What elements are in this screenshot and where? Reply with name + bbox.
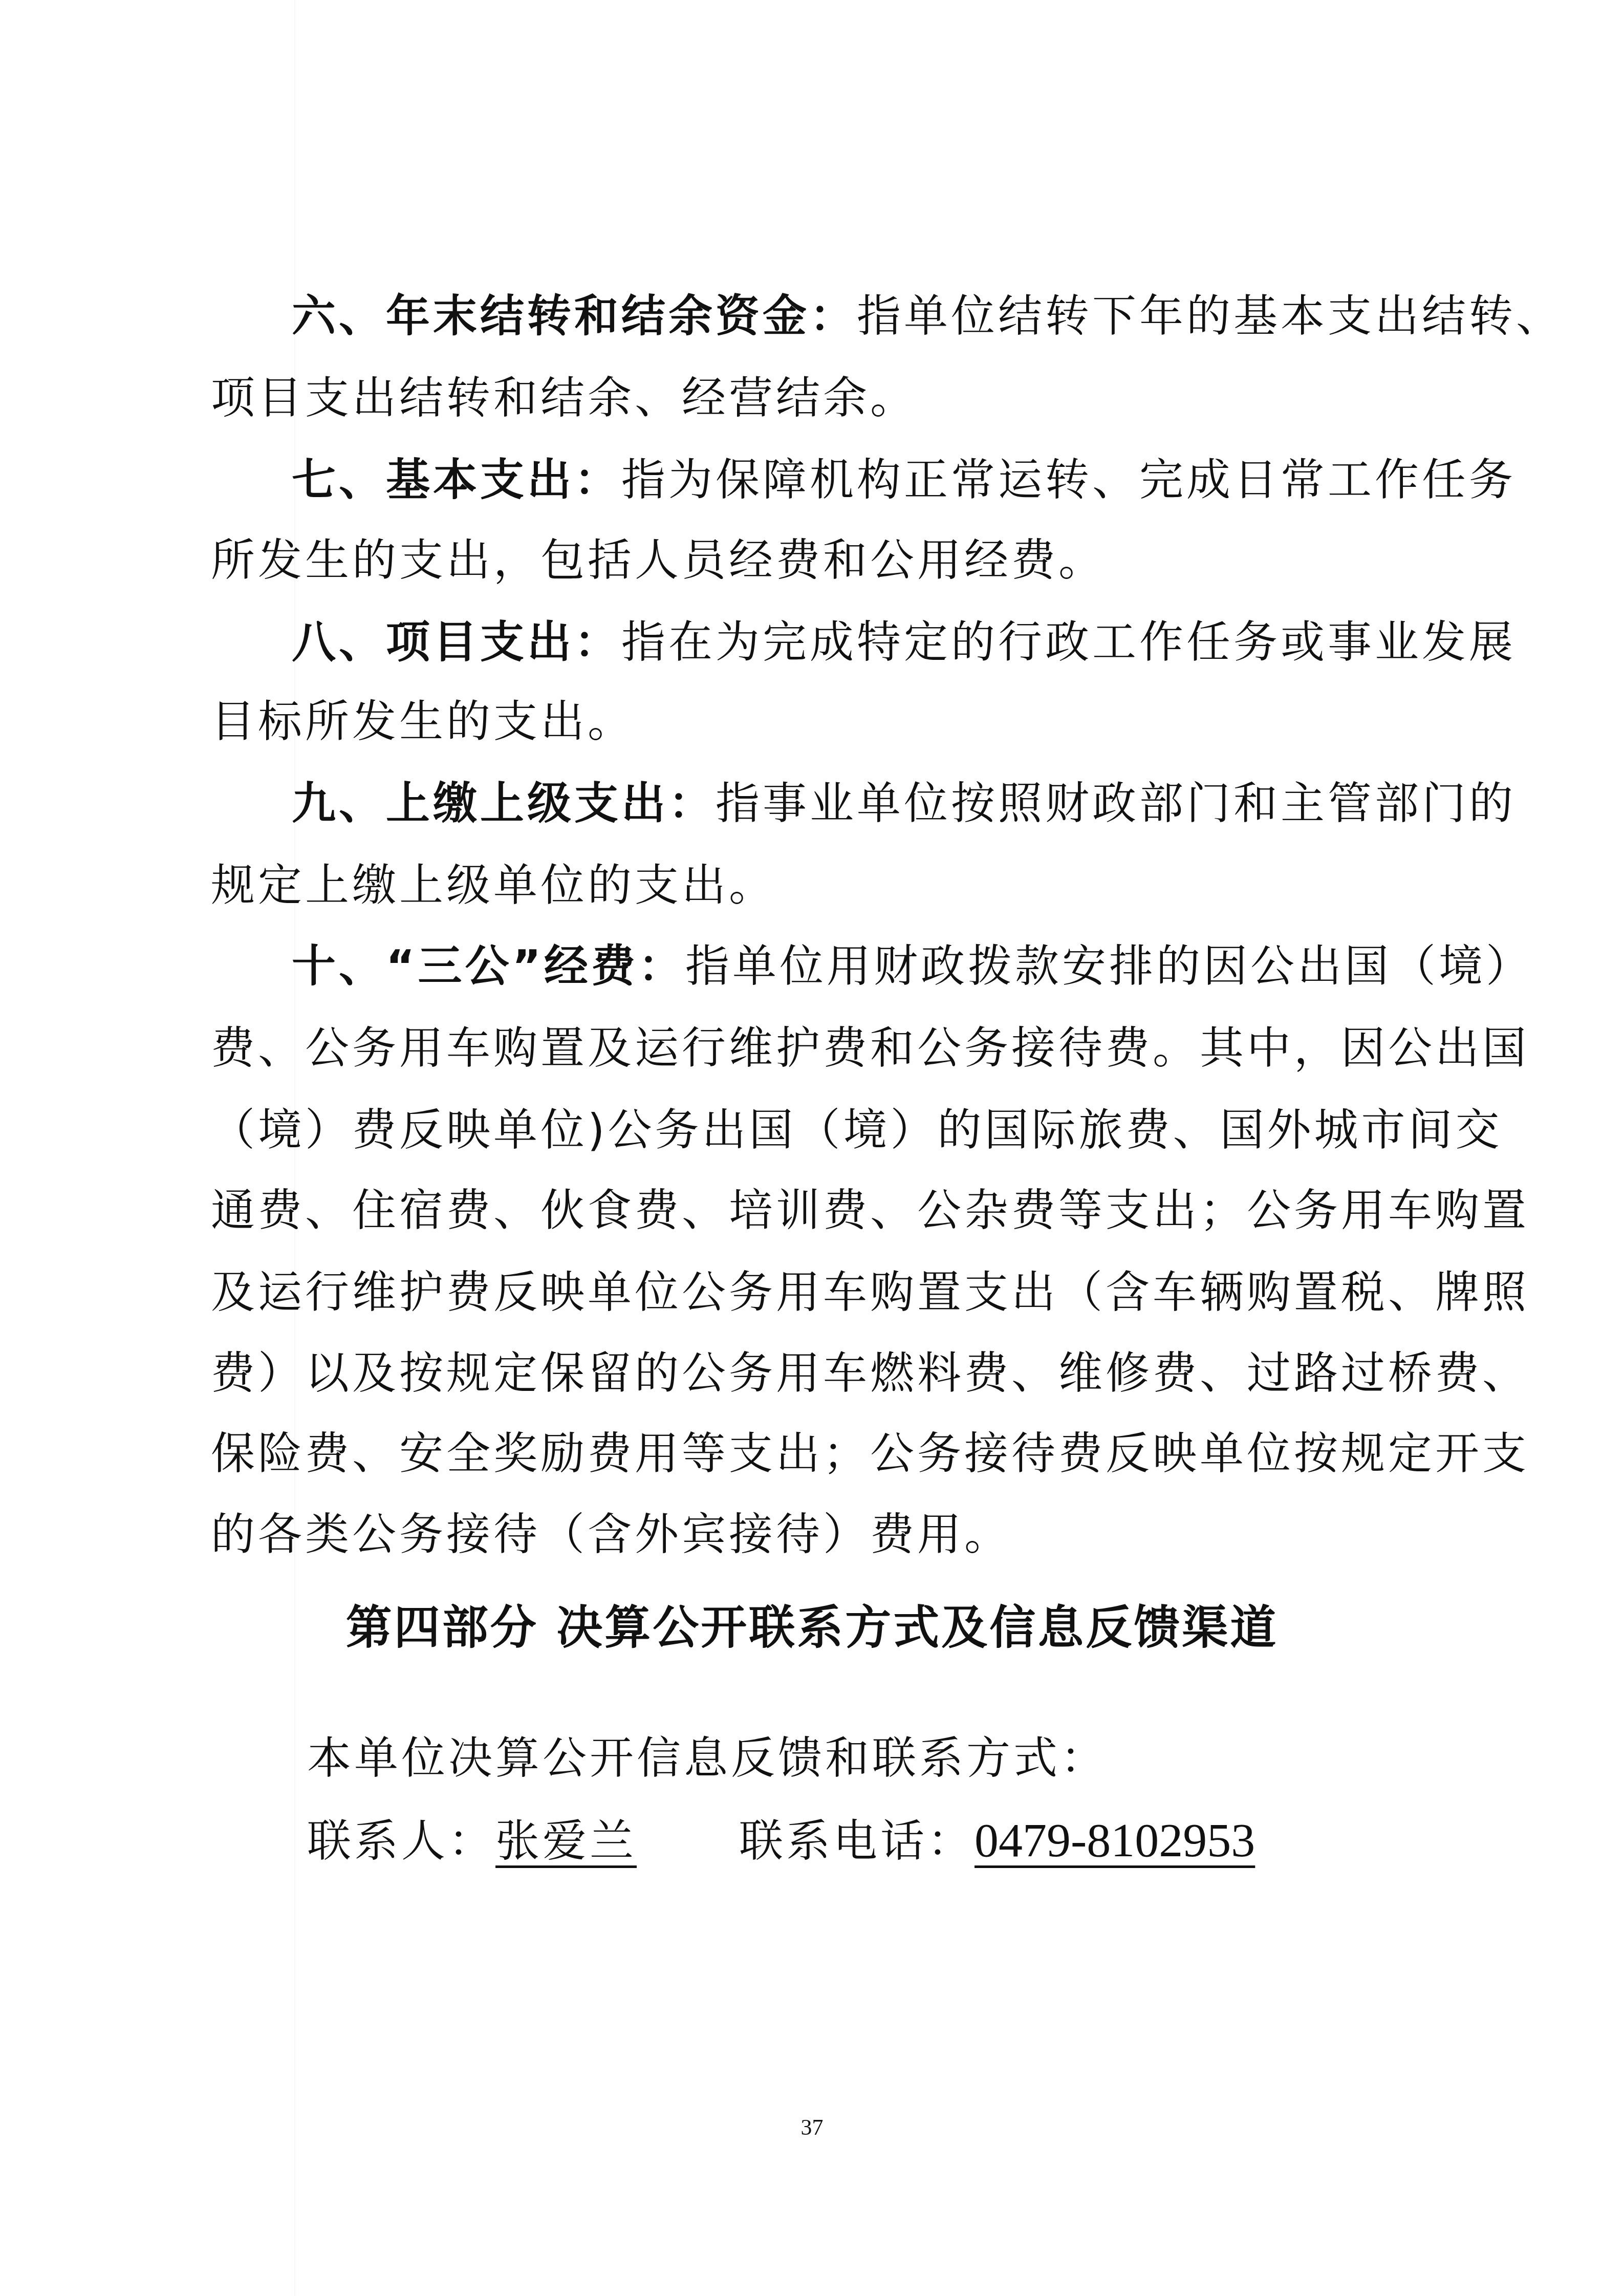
definition-6-line-2: 项目支出结转和结余、经营结余。 — [211, 373, 1434, 424]
definition-10-line-3: （境）费反映单位)公务出国（境）的国际旅费、国外城市间交 — [211, 1105, 1434, 1156]
contact-line: 联系人：张爱兰联系电话：0479-8102953 — [307, 1815, 1255, 1867]
definition-8-line-1: 八、项目支出：指在为完成特定的行政工作任务或事业发展 — [292, 617, 1433, 668]
document-page: 六、年末结转和结余资金：指单位结转下年的基本支出结转、 项目支出结转和结余、经营… — [0, 0, 1624, 2296]
definition-9-line-2: 规定上缴上级单位的支出。 — [211, 860, 1434, 911]
definition-text: 指在为完成特定的行政工作任务或事业发展 — [621, 617, 1516, 668]
contact-phone-label: 联系电话： — [739, 1816, 975, 1867]
definition-10-line-2: 费、公务用车购置及运行维护费和公务接待费。其中，因公出国 — [211, 1023, 1434, 1074]
definition-9-line-1: 九、上缴上级支出：指事业单位按照财政部门和主管部门的 — [292, 778, 1433, 829]
section-title: 第四部分 决算公开联系方式及信息反馈渠道 — [0, 1600, 1624, 1656]
definition-10-line-5: 及运行维护费反映单位公务用车购置支出（含车辆购置税、牌照 — [211, 1267, 1434, 1318]
definition-7-line-2: 所发生的支出，包括人员经费和公用经费。 — [211, 535, 1434, 586]
definition-term: 七、基本支出： — [292, 455, 621, 506]
definition-10-line-1: 十、“三公”经费：指单位用财政拨款安排的因公出国（境） — [292, 941, 1433, 992]
definition-text: 指单位用财政拨款安排的因公出国（境） — [685, 941, 1533, 992]
definition-term: 六、年末结转和结余资金： — [292, 291, 857, 342]
contact-intro: 本单位决算公开信息反馈和联系方式： — [307, 1733, 1108, 1784]
contact-person-label: 联系人： — [307, 1816, 495, 1867]
definition-text: 指事业单位按照财政部门和主管部门的 — [716, 778, 1516, 829]
definition-10-line-4: 通费、住宿费、伙食费、培训费、公杂费等支出；公务用车购置 — [211, 1185, 1434, 1236]
definition-8-line-2: 目标所发生的支出。 — [211, 696, 1434, 747]
contact-person-value: 张爱兰 — [495, 1816, 637, 1867]
definition-10-line-6: 费）以及按规定保留的公务用车燃料费、维修费、过路过桥费、 — [211, 1348, 1434, 1399]
definition-term: 十、“三公”经费： — [292, 941, 685, 992]
definition-10-line-7: 保险费、安全奖励费用等支出；公务接待费反映单位按规定开支 — [211, 1428, 1434, 1479]
definition-7-line-1: 七、基本支出：指为保障机构正常运转、完成日常工作任务 — [292, 455, 1433, 506]
definition-6-line-1: 六、年末结转和结余资金：指单位结转下年的基本支出结转、 — [292, 291, 1433, 342]
contact-phone-value: 0479-8102953 — [975, 1814, 1255, 1867]
definition-text: 指为保障机构正常运转、完成日常工作任务 — [621, 455, 1516, 506]
definition-term: 九、上缴上级支出： — [292, 778, 716, 829]
page-number: 37 — [0, 2114, 1624, 2140]
definition-term: 八、项目支出： — [292, 617, 621, 668]
definition-text: 指单位结转下年的基本支出结转、 — [857, 291, 1563, 342]
definition-10-line-8: 的各类公务接待（含外宾接待）费用。 — [211, 1509, 1434, 1560]
